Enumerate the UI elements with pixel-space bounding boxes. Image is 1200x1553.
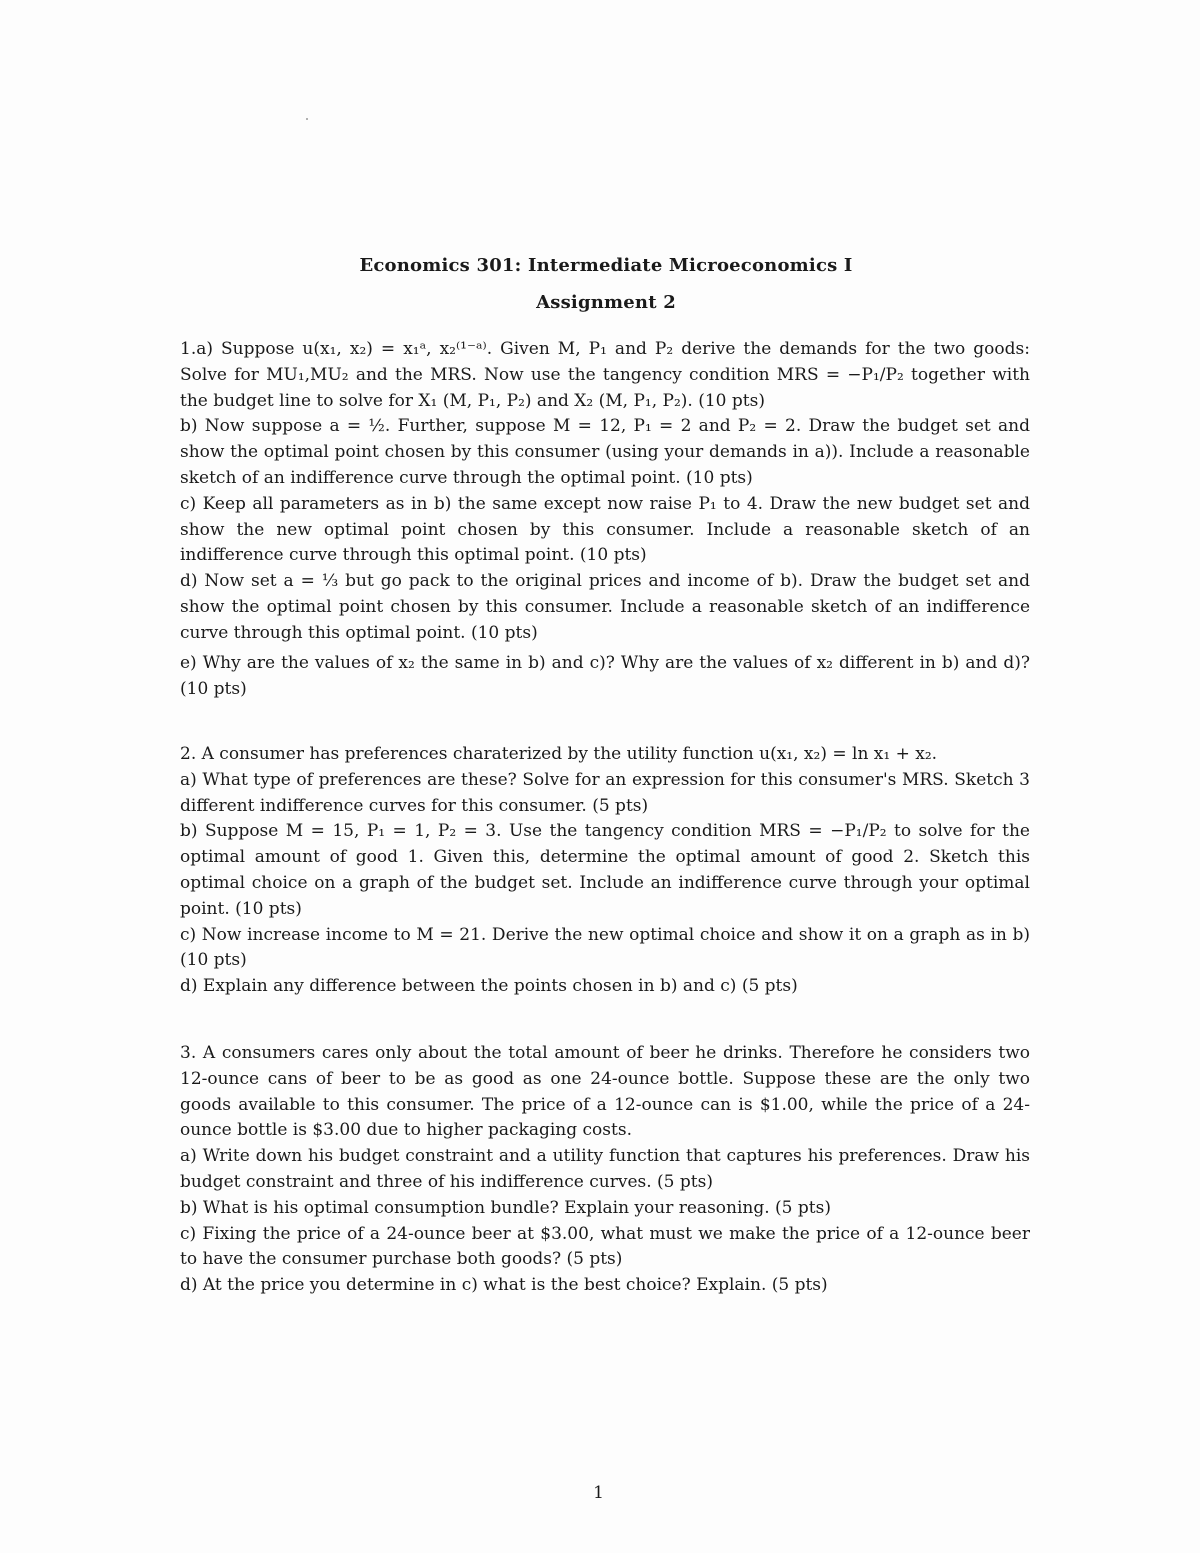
question-3b: b) What is his optimal consumption bundl… bbox=[180, 1196, 1030, 1222]
assignment-title: Assignment 2 bbox=[0, 292, 1200, 313]
page-number: 1 bbox=[0, 1483, 1197, 1503]
question-3c: c) Fixing the price of a 24-ounce beer a… bbox=[180, 1222, 1030, 1274]
question-3: 3. A consumers cares only about the tota… bbox=[180, 1041, 1030, 1299]
question-2d: d) Explain any difference between the po… bbox=[180, 974, 1030, 1000]
question-1a: 1.a) Suppose u(x₁, x₂) = x₁ᵃ, x₂⁽¹⁻ᵃ⁾. G… bbox=[180, 337, 1030, 414]
question-3d: d) At the price you determine in c) what… bbox=[180, 1273, 1030, 1299]
course-title: Economics 301: Intermediate Microeconomi… bbox=[0, 255, 1200, 276]
question-3a: a) Write down his budget constraint and … bbox=[180, 1144, 1030, 1196]
question-2c: c) Now increase income to M = 21. Derive… bbox=[180, 923, 1030, 975]
question-2: 2. A consumer has preferences charateriz… bbox=[180, 742, 1030, 1000]
question-1: 1.a) Suppose u(x₁, x₂) = x₁ᵃ, x₂⁽¹⁻ᵃ⁾. G… bbox=[180, 337, 1030, 647]
question-1b: b) Now suppose a = ½. Further, suppose M… bbox=[180, 414, 1030, 491]
question-1c: c) Keep all parameters as in b) the same… bbox=[180, 492, 1030, 569]
question-2-intro: 2. A consumer has preferences charateriz… bbox=[180, 742, 1030, 768]
scan-speck bbox=[306, 118, 308, 120]
question-2b: b) Suppose M = 15, P₁ = 1, P₂ = 3. Use t… bbox=[180, 819, 1030, 922]
question-1e-block: e) Why are the values of x₂ the same in … bbox=[180, 651, 1030, 703]
document-page: Economics 301: Intermediate Microeconomi… bbox=[0, 0, 1200, 1553]
question-3-intro: 3. A consumers cares only about the tota… bbox=[180, 1041, 1030, 1144]
question-1d: d) Now set a = ⅓ but go pack to the orig… bbox=[180, 569, 1030, 646]
question-2a: a) What type of preferences are these? S… bbox=[180, 768, 1030, 820]
question-1e: e) Why are the values of x₂ the same in … bbox=[180, 651, 1030, 703]
